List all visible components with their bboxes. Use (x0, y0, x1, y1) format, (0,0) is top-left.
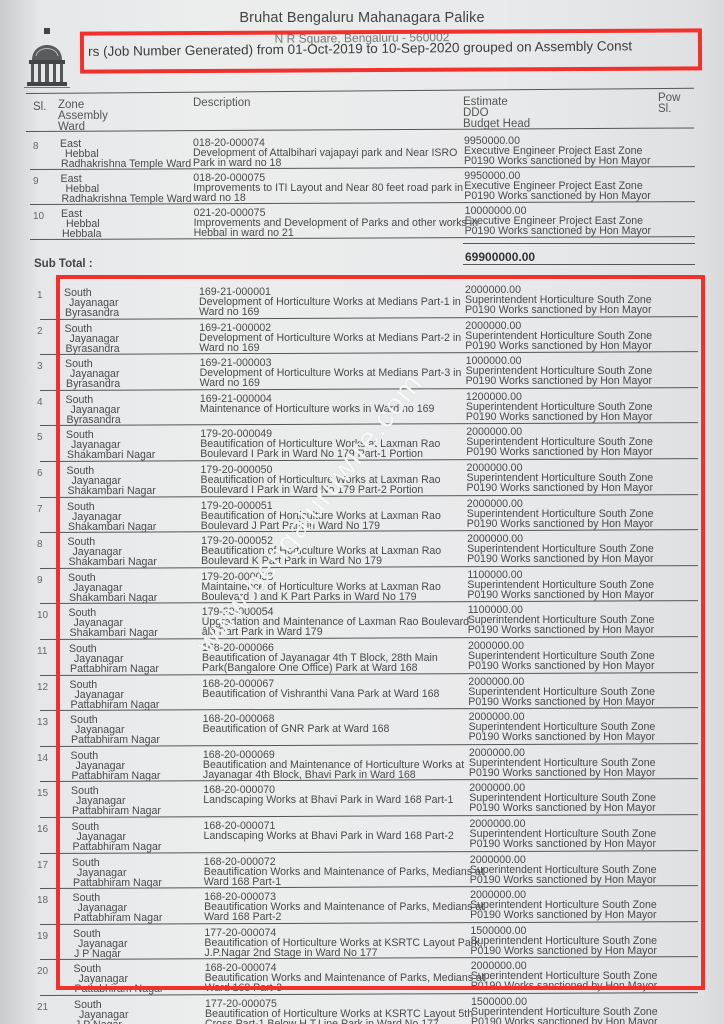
row-sl-number: 21 (37, 1002, 48, 1013)
scanned-document-page: Bruhat Bengaluru Mahanagara Palike N R S… (0, 0, 724, 1024)
row-sl-number: 12 (37, 682, 48, 693)
row-divider (30, 236, 695, 240)
row-sl-number: 18 (37, 895, 48, 906)
row-description-line2: ward no 18 (193, 193, 245, 204)
row-budget-head: P0190 Works sanctioned by Hon Mayor (464, 156, 650, 167)
row-sl-number: 10 (33, 211, 44, 222)
subtotal-top-rule (463, 243, 695, 244)
row-budget-head: P0190 Works sanctioned by Hon Mayor (471, 1017, 657, 1024)
row-budget-head: P0190 Works sanctioned by Hon Mayor (464, 191, 650, 202)
column-header-sl: Sl. (33, 102, 46, 113)
row-sl-number: 1 (37, 290, 43, 301)
row-sl-number: 4 (37, 397, 43, 408)
row-sl-number: 5 (37, 432, 43, 443)
row-sl-number: 15 (37, 788, 48, 799)
column-header-description: Description (193, 98, 251, 109)
row-sl-number: 19 (37, 931, 48, 942)
row-sl-number: 3 (37, 361, 43, 372)
row-sl-number: 14 (37, 753, 48, 764)
subtotal-bottom-rule (463, 264, 695, 265)
organization-title: Bruhat Bengaluru Mahanagara Palike (0, 10, 724, 26)
highlight-box-title (80, 28, 702, 73)
row-ward: J P Nagar (75, 1020, 122, 1024)
row-budget-head: P0190 Works sanctioned by Hon Mayor (465, 226, 651, 237)
row-sl-number: 9 (33, 176, 39, 187)
row-sl-number: 17 (37, 860, 48, 871)
header-bottom-rule (26, 128, 694, 132)
row-sl-number: 7 (37, 504, 43, 515)
header-top-rule (26, 88, 694, 94)
row-sl-number: 2 (37, 326, 43, 337)
row-sl-number: 20 (37, 966, 48, 977)
column-header-pow-sl: Sl. (658, 104, 671, 115)
row-sl-number: 13 (37, 717, 48, 728)
sub-total-value: 69900000.00 (465, 250, 535, 264)
row-sl-number: 9 (37, 575, 43, 586)
highlight-box-south-zone (56, 275, 705, 990)
row-sl-number: 16 (37, 824, 48, 835)
row-sl-number: 8 (33, 141, 39, 152)
row-sl-number: 11 (37, 646, 47, 657)
row-sl-number: 10 (37, 610, 48, 621)
row-sl-number: 8 (37, 539, 43, 550)
row-sl-number: 6 (37, 468, 43, 479)
row-description-line2: Park in ward no 18 (193, 158, 281, 169)
sub-total-label: Sub Total : (34, 258, 93, 270)
row-description-line2: Cross Part-1 Below H.T.Line Park in Ward… (205, 1019, 439, 1024)
